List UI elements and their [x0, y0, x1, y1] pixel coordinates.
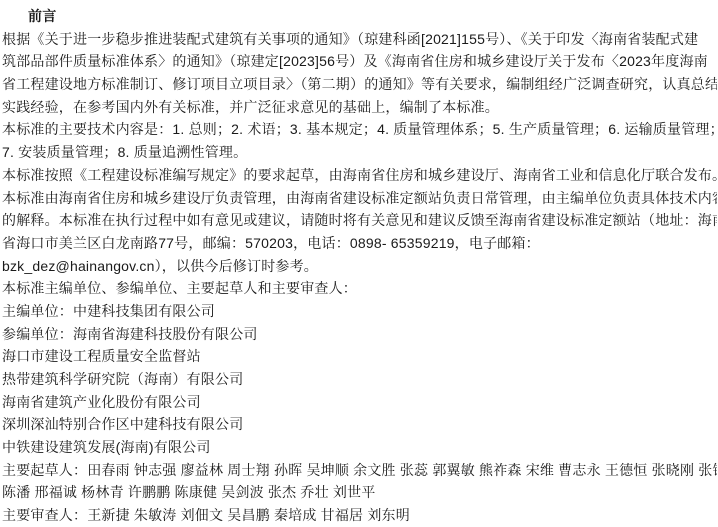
- paragraph-contact-line: 省海口市美兰区白龙南路77号，邮编：570203，电话：0898- 653592…: [2, 232, 717, 255]
- participating-unit-line-2: 海口市建设工程质量安全监督站: [2, 345, 717, 368]
- paragraph-basis-line-1: 根据《关于进一步稳步推进装配式建筑有关事项的通知》（琼建科函[2021]155号…: [2, 28, 717, 51]
- paragraph-basis-line-3: 省工程建设地方标准制订、修订项目立项目录〉（第二期）的通知》等有关要求，编制组经…: [2, 73, 717, 96]
- drafters-line-2: 陈潘 邢福诚 杨林青 许鹏鹏 陈康健 吴剑波 张杰 乔壮 刘世平: [2, 481, 717, 504]
- paragraph-management-line-1: 本标准由海南省住房和城乡建设厅负责管理，由海南省建设标准定额站负责日常管理，由主…: [2, 187, 717, 210]
- preface-page: 前言 根据《关于进一步稳步推进装配式建筑有关事项的通知》（琼建科函[2021]1…: [0, 0, 718, 527]
- participating-unit-line-1: 参编单位：海南省海建科技股份有限公司: [2, 323, 717, 346]
- participating-unit-line-4: 海南省建筑产业化股份有限公司: [2, 391, 717, 414]
- paragraph-email-line: bzk_dez@hainangov.cn），以供今后修订时参考。: [2, 255, 717, 278]
- participating-unit-line-5: 深圳深汕特别合作区中建科技有限公司: [2, 413, 717, 436]
- paragraph-contents-line-2: 7. 安装质量管理；8. 质量追溯性管理。: [2, 141, 717, 164]
- units-intro-line: 本标准主编单位、参编单位、主要起草人和主要审查人：: [2, 277, 717, 300]
- paragraph-basis-line-2: 筑部品部件质量标准体系〉的通知》（琼建定[2023]56号）及《海南省住房和城乡…: [2, 50, 717, 73]
- chief-editor-unit-line: 主编单位：中建科技集团有限公司: [2, 300, 717, 323]
- paragraph-basis-line-4: 实践经验，在参考国内外有关标准，并广泛征求意见的基础上，编制了本标准。: [2, 96, 717, 119]
- reviewers-line: 主要审查人：王新捷 朱敏涛 刘佃文 吴昌鹏 秦培成 甘福居 刘东明: [2, 504, 717, 527]
- paragraph-management-line-2: 的解释。本标准在执行过程中如有意见或建议，请随时将有关意见和建议反馈至海南省建设…: [2, 209, 717, 232]
- paragraph-contents-line-1: 本标准的主要技术内容是：1. 总则；2. 术语；3. 基本规定；4. 质量管理体…: [2, 118, 717, 141]
- participating-unit-line-6: 中铁建设建筑发展(海南)有限公司: [2, 436, 717, 459]
- participating-unit-line-3: 热带建筑科学研究院（海南）有限公司: [2, 368, 717, 391]
- drafters-line-1: 主要起草人：田春雨 钟志强 廖益林 周士翔 孙晖 吴坤顺 余文胜 张蕊 郭翼敏 …: [2, 459, 717, 482]
- preface-title: 前言: [2, 5, 717, 28]
- paragraph-drafting-rule-line: 本标准按照《工程建设标准编写规定》的要求起草，由海南省住房和城乡建设厅、海南省工…: [2, 164, 717, 187]
